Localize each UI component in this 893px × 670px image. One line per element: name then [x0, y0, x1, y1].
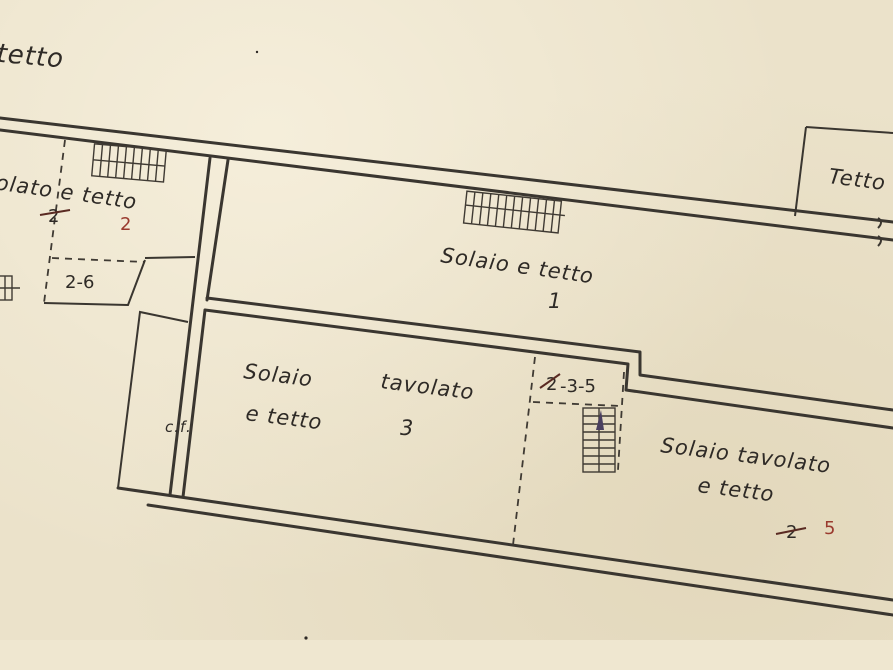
label-top-left-fragment: tetto [0, 39, 65, 75]
number-room-3: 3 [400, 416, 414, 440]
page-bottom-margin [0, 640, 893, 670]
label-room-1: Solaio e tetto [439, 243, 595, 288]
label-room-2-6: 2-6 [65, 272, 94, 293]
closet-left [118, 312, 188, 488]
label-room-5-line1: Solaio tavolato [659, 433, 832, 478]
number-room-1: 1 [548, 289, 562, 313]
number-room-2: 2 [120, 214, 131, 235]
ink-dot [256, 51, 258, 53]
partition-wall-vertical [170, 158, 228, 497]
stair-fragment-left [0, 276, 20, 300]
struck-number-room-2: 2 [48, 206, 59, 227]
stair-arrow-icon [596, 410, 604, 430]
label-room-2: olato e tetto [0, 170, 139, 214]
label-room-5-line2: e tetto [696, 473, 775, 506]
label-room-3-line1b: tavolato [379, 369, 475, 404]
number-room-5: 5 [824, 518, 835, 539]
floor-plan-drawing: Tetto c.f. olato e tetto [0, 0, 893, 670]
chimney-mark: c.f. [165, 418, 192, 436]
outer-wall-bottom [118, 488, 893, 615]
stair-icon [583, 408, 615, 472]
flue-mark [878, 218, 881, 246]
label-room-2-3-5: -3-5 [560, 376, 596, 397]
label-room-3-line1: Solaio [242, 359, 314, 391]
label-tetto-right: Tetto [827, 164, 887, 195]
floor-plan-sheet: Tetto c.f. olato e tetto [0, 0, 893, 670]
label-room-3-line2: e tetto [244, 401, 323, 434]
stair-icon [92, 144, 167, 182]
